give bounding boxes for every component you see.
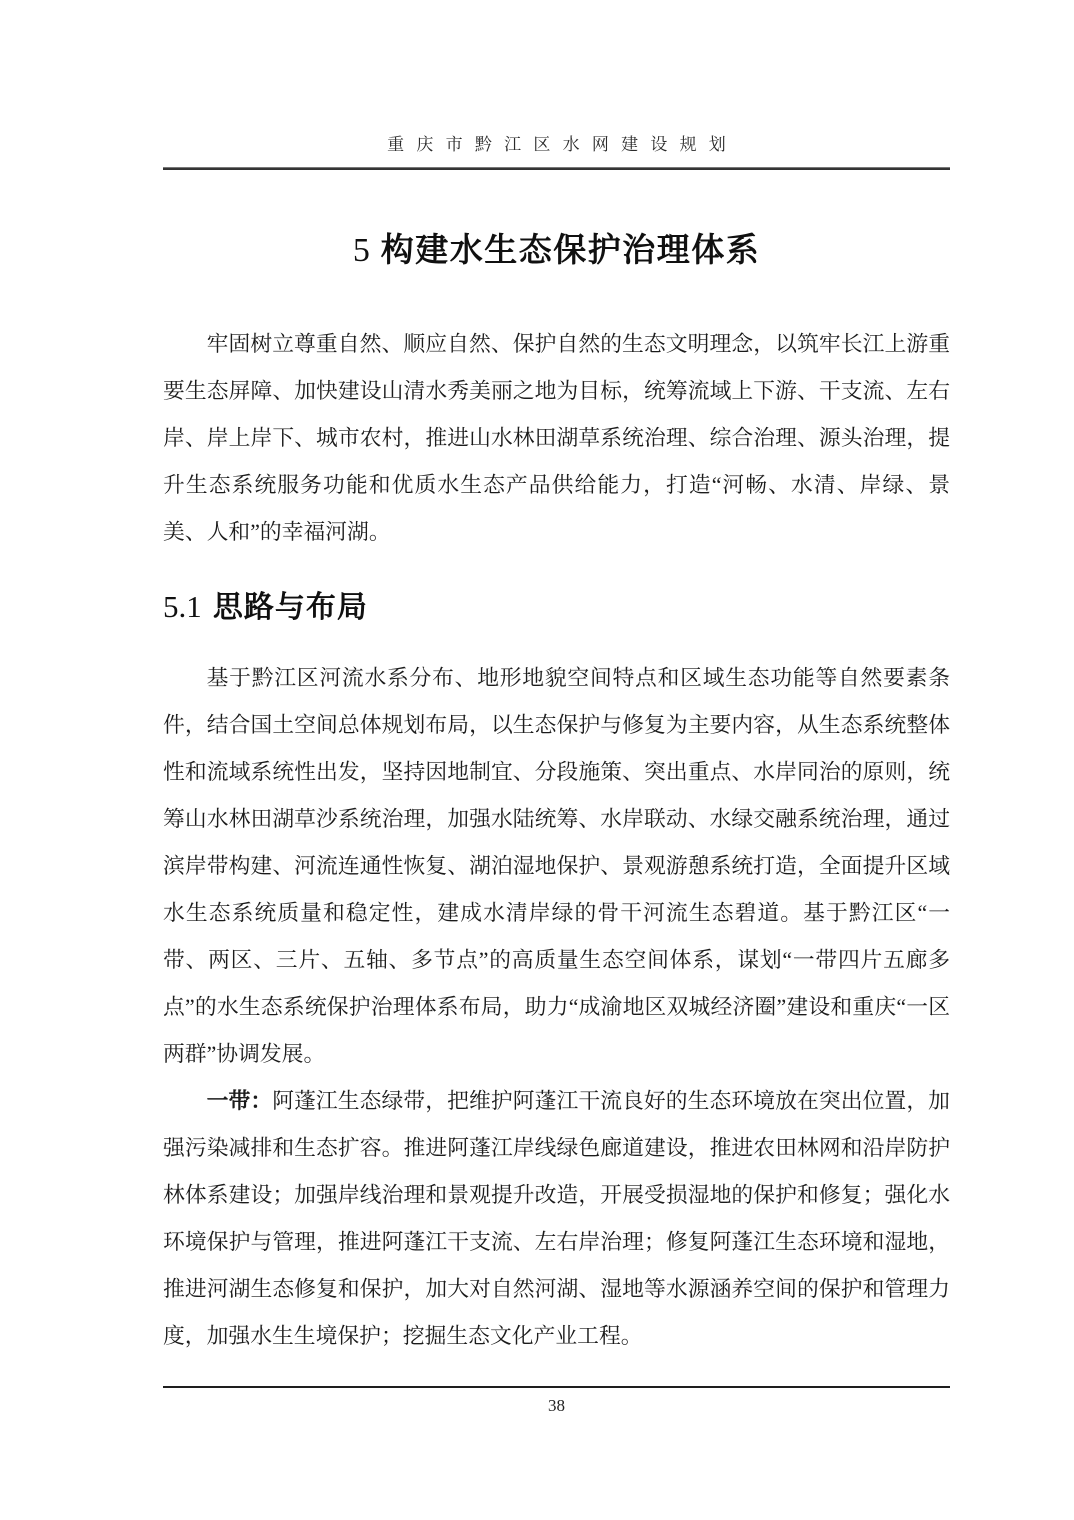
chapter-name: 构建水生态保护治理体系 [381, 231, 761, 268]
page-footer: 38 [163, 1386, 950, 1418]
belt-label: 一带： [207, 1089, 273, 1113]
document-page: 重庆市黔江区水网建设规划 5构建水生态保护治理体系 牢固树立尊重自然、顺应自然、… [0, 0, 1074, 1520]
page-content: 重庆市黔江区水网建设规划 5构建水生态保护治理体系 牢固树立尊重自然、顺应自然、… [163, 0, 950, 1360]
section-heading: 5.1思路与布局 [163, 586, 950, 631]
belt-paragraph: 一带：阿蓬江生态绿带，把维护阿蓬江干流良好的生态环境放在突出位置，加强污染减排和… [163, 1078, 950, 1360]
belt-text: 阿蓬江生态绿带，把维护阿蓬江干流良好的生态环境放在突出位置，加强污染减排和生态扩… [163, 1089, 950, 1348]
chapter-title: 5构建水生态保护治理体系 [163, 226, 950, 275]
page-number: 38 [163, 1394, 950, 1418]
footer-rule [163, 1386, 950, 1388]
intro-paragraph: 牢固树立尊重自然、顺应自然、保护自然的生态文明理念，以筑牢长江上游重要生态屏障、… [163, 321, 950, 556]
chapter-number: 5 [353, 232, 370, 269]
section-number: 5.1 [163, 589, 202, 624]
section-paragraph: 基于黔江区河流水系分布、地形地貌空间特点和区域生态功能等自然要素条件，结合国土空… [163, 655, 950, 1078]
running-header-title: 重庆市黔江区水网建设规划 [163, 132, 950, 158]
header-rule [163, 167, 950, 170]
running-header: 重庆市黔江区水网建设规划 [163, 0, 950, 170]
section-title: 思路与布局 [213, 591, 368, 624]
